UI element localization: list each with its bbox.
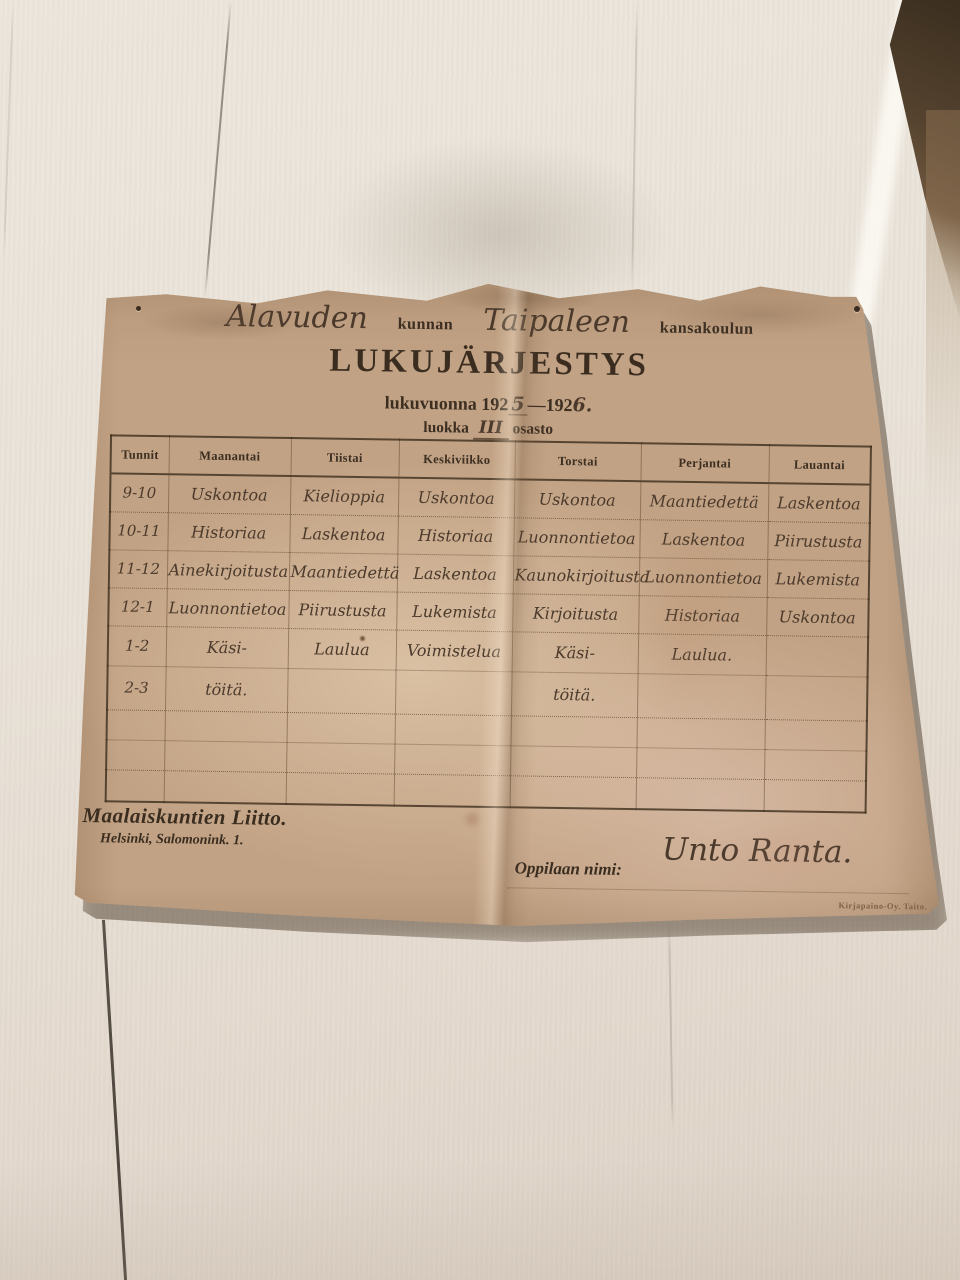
subject-cell xyxy=(766,635,869,677)
publisher-address: Helsinki, Salomonink. 1. xyxy=(100,831,244,849)
time-slot: 1-2 xyxy=(108,625,167,666)
subject-cell xyxy=(164,770,286,804)
subject-cell: Uskontoa xyxy=(766,597,869,637)
subject-cell: Laskentoa xyxy=(289,514,398,554)
timetable: TunnitMaanantaiTiistaiKeskiviikkoTorstai… xyxy=(105,434,872,813)
year-handwritten-digit: 6. xyxy=(572,394,592,416)
subject-cell: Laulua xyxy=(288,628,397,670)
paint-smudge xyxy=(330,140,670,310)
subject-cell: Ainekirjoitusta xyxy=(167,550,290,590)
subject-cell xyxy=(511,715,637,747)
class-number-handwritten: III xyxy=(473,418,509,441)
column-header: Tunnit xyxy=(111,435,170,474)
subject-cell xyxy=(636,777,764,811)
subject-cell xyxy=(510,775,636,809)
subject-cell: Voimistelua xyxy=(396,630,513,672)
subject-cell xyxy=(636,747,764,779)
subject-cell xyxy=(764,749,866,781)
subject-cell xyxy=(765,675,868,721)
subject-cell xyxy=(286,772,394,806)
publisher-name: Maalaiskuntien Liitto. xyxy=(82,803,287,831)
subject-cell xyxy=(394,744,510,776)
printed-word-kansakoulun: kansakoulun xyxy=(660,319,754,338)
subject-cell: Historiaa xyxy=(638,595,767,635)
subject-cell: Maantiedettä xyxy=(289,552,398,592)
subject-cell: Piirustusta xyxy=(767,521,870,561)
column-header: Keskiviikko xyxy=(398,440,515,480)
pin-hole xyxy=(136,306,141,311)
time-slot: 10-11 xyxy=(109,511,168,550)
pin-hole xyxy=(854,306,860,312)
subject-cell: Piirustusta xyxy=(288,590,397,630)
subject-cell: Kaunokirjoitusta xyxy=(513,555,640,595)
subject-cell xyxy=(287,712,395,744)
printed-word-osasto: osasto xyxy=(512,420,553,438)
plank-seam xyxy=(3,0,14,260)
school-name-line: Alavuden kunnan Taipaleen kansakoulun xyxy=(110,297,870,343)
subject-cell: töitä. xyxy=(165,666,288,712)
subject-cell: Luonnontietoa xyxy=(166,588,289,628)
subject-cell: Uskontoa xyxy=(168,474,291,514)
subject-cell: Lukemista xyxy=(767,559,870,599)
year-handwritten-digit: 5 xyxy=(508,395,528,415)
column-header: Torstai xyxy=(514,441,641,481)
subject-cell: Kirjoitusta xyxy=(512,593,639,633)
column-header: Lauantai xyxy=(768,445,871,485)
printed-word-kunnan: kunnan xyxy=(398,316,454,335)
subject-cell xyxy=(395,670,512,716)
subject-cell xyxy=(395,714,511,746)
wall-shadow-band xyxy=(926,110,960,510)
student-name-underline xyxy=(507,887,909,894)
photo-of-timetable: Alavuden kunnan Taipaleen kansakoulun LU… xyxy=(0,0,960,1280)
subject-cell xyxy=(394,774,510,808)
subject-cell xyxy=(286,742,394,774)
column-header: Perjantai xyxy=(640,443,769,483)
subject-cell: Laskentoa xyxy=(639,519,768,559)
municipality-handwritten: Alavuden xyxy=(226,299,368,336)
time-slot xyxy=(106,739,164,770)
document-title: LUKUJÄRJESTYS xyxy=(109,339,869,387)
document-content: Alavuden kunnan Taipaleen kansakoulun LU… xyxy=(59,279,949,942)
time-slot xyxy=(106,769,164,802)
subject-cell xyxy=(510,745,636,777)
subject-cell: Käsi- xyxy=(166,626,289,668)
time-slot xyxy=(107,709,165,740)
column-header: Maanantai xyxy=(168,436,291,476)
paper-document: Alavuden kunnan Taipaleen kansakoulun LU… xyxy=(66,280,946,930)
student-name-label: Oppilaan nimi: xyxy=(515,858,623,880)
plank-seam xyxy=(204,0,232,299)
printer-imprint: Kirjapaino-Oy. Taito. xyxy=(759,899,927,911)
subject-cell xyxy=(764,779,866,813)
subject-cell: Laulua. xyxy=(638,633,767,675)
school-handwritten: Taipaleen xyxy=(483,303,630,340)
subject-cell: Historiaa xyxy=(167,512,290,552)
subject-cell xyxy=(764,719,866,751)
bottom-shadow xyxy=(0,1160,960,1280)
plank-seam xyxy=(668,920,674,1130)
column-header: Tiistai xyxy=(290,438,399,478)
student-name-handwritten: Unto Ranta. xyxy=(662,832,853,871)
subject-cell: Laskentoa xyxy=(768,483,871,523)
subject-cell xyxy=(636,717,764,749)
subject-cell: Luonnontietoa xyxy=(639,557,768,597)
subject-cell: Lukemista xyxy=(396,592,513,632)
subject-cell: Laskentoa xyxy=(397,554,514,594)
time-slot: 2-3 xyxy=(107,665,166,710)
subject-cell xyxy=(637,673,766,719)
time-slot: 9-10 xyxy=(110,473,169,512)
time-slot: 12-1 xyxy=(108,587,167,626)
time-slot: 11-12 xyxy=(109,549,168,588)
subject-cell xyxy=(164,740,286,772)
subject-cell: Uskontoa xyxy=(398,478,515,518)
subject-cell: töitä. xyxy=(511,671,638,717)
year-printed-middle: —192 xyxy=(527,395,572,416)
subject-cell xyxy=(287,668,396,714)
subject-cell: Luonnontietoa xyxy=(513,517,640,557)
subject-cell: Maantiedettä xyxy=(640,481,769,521)
subject-cell: Kielioppia xyxy=(290,476,399,516)
year-printed-prefix: lukuvuonna 192 xyxy=(385,392,509,414)
subject-cell: Käsi- xyxy=(512,631,639,673)
printed-word-luokka: luokka xyxy=(423,419,469,437)
subject-cell: Historiaa xyxy=(397,516,514,556)
subject-cell xyxy=(165,710,287,742)
subject-cell: Uskontoa xyxy=(514,479,641,519)
